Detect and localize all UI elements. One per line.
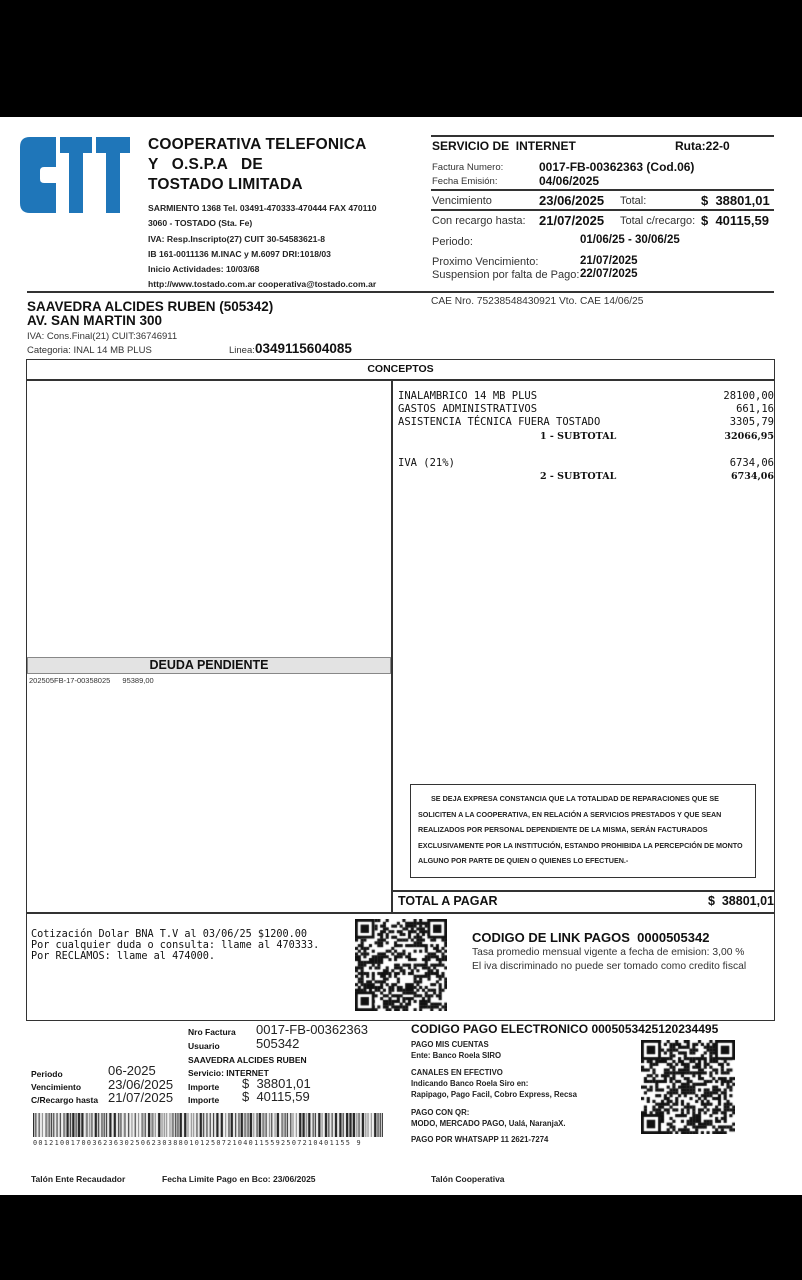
talon-periodo-label: Periodo: [31, 1069, 63, 1079]
talon-recargo-value: 21/07/2025: [108, 1090, 173, 1105]
company-info: SARMIENTO 1368 Tel. 03491-470333-470444 …: [148, 201, 377, 293]
repair-notice: SE DEJA EXPRESA CONSTANCIA QUE LA TOTALI…: [410, 784, 756, 878]
divider: [431, 189, 774, 191]
ctt-logo-icon: [20, 137, 130, 213]
info-text: Cotización Dolar BNA T.V al 03/06/25 $12…: [31, 929, 319, 962]
client-categoria: Categoria: INAL 14 MB PLUS: [27, 345, 152, 356]
emision-label: Fecha Emisión:: [432, 176, 497, 187]
suspension-label: Suspension por falta de Pago:: [432, 269, 579, 281]
talon-nombre: SAAVEDRA ALCIDES RUBEN: [188, 1055, 307, 1065]
factura-label: Factura Numero:: [432, 162, 503, 173]
concepts-title: CONCEPTOS: [26, 363, 775, 375]
divider: [431, 135, 774, 137]
recargo-date: 21/07/2025: [539, 213, 604, 228]
payment-block: PAGO POR WHATSAPP 11 2621-7274: [411, 1134, 548, 1145]
vencimiento-date: 23/06/2025: [539, 193, 604, 208]
concept-row: IVA (21%)6734,06: [398, 457, 774, 470]
vencimiento-label: Vencimiento: [432, 195, 492, 207]
ruta: Ruta:22-0: [675, 139, 730, 153]
total-amount: $ 38801,01: [701, 193, 770, 208]
talon-recargo-label: C/Recargo hasta: [31, 1095, 98, 1105]
subtotal-row: 2 - SUBTOTAL6734,06: [398, 470, 774, 483]
nro-factura-label: Nro Factura: [188, 1027, 236, 1037]
linea-number: 0349115604085: [255, 341, 352, 356]
usuario-label: Usuario: [188, 1041, 220, 1051]
codigo-pago-electronico: CODIGO PAGO ELECTRONICO 0005053425120234…: [411, 1022, 718, 1036]
barcode: [33, 1113, 383, 1137]
deuda-header: DEUDA PENDIENTE: [27, 657, 391, 674]
concept-row: GASTOS ADMINISTRATIVOS661,16: [398, 403, 774, 416]
iva-note: El iva discriminado no puede ser tomado …: [472, 961, 746, 972]
divider: [391, 890, 775, 892]
client-address: AV. SAN MARTIN 300: [27, 314, 273, 328]
subtotal-row: 1 - SUBTOTAL32066,95: [398, 430, 774, 443]
nro-factura-value: 0017-FB-00362363: [256, 1022, 368, 1037]
usuario-value: 505342: [256, 1036, 299, 1051]
talon-periodo-value: 06-2025: [108, 1063, 156, 1078]
client-iva: IVA: Cons.Final(21) CUIT:36746911: [27, 331, 177, 342]
tasa-info: Tasa promedio mensual vigente a fecha de…: [472, 947, 744, 958]
footer-fecha-limite: Fecha Limite Pago en Bco: 23/06/2025: [162, 1174, 316, 1184]
payment-block: PAGO CON QR:MODO, MERCADO PAGO, Ualá, Na…: [411, 1107, 566, 1129]
client-name: SAAVEDRA ALCIDES RUBEN (505342): [27, 300, 273, 314]
suspension-date: 22/07/2025: [580, 268, 638, 280]
concept-row: INALAMBRICO 14 MB PLUS28100,00: [398, 390, 774, 403]
factura-number: 0017-FB-00362363 (Cod.06): [539, 160, 694, 174]
service-type: SERVICIO DE INTERNET: [432, 139, 576, 153]
periodo-value: 01/06/25 - 30/06/25: [580, 234, 680, 246]
footer-talon-cooperativa: Talón Cooperativa: [431, 1174, 505, 1184]
total-label: Total:: [620, 195, 646, 207]
cae-info: CAE Nro. 75238548430921 Vto. CAE 14/06/2…: [431, 296, 643, 307]
proximo-label: Proximo Vencimiento:: [432, 256, 538, 268]
concept-row: ASISTENCIA TÉCNICA FUERA TOSTADO3305,79: [398, 416, 774, 429]
deuda-row: 202505FB-17-00358025 95389,00: [29, 676, 154, 685]
divider: [26, 379, 775, 381]
talon-vencimiento-label: Vencimiento: [31, 1082, 81, 1092]
importe-recargo-label: Importe: [188, 1095, 219, 1105]
emision-date: 04/06/2025: [539, 174, 599, 188]
total-a-pagar: TOTAL A PAGAR $ 38801,01: [398, 894, 774, 908]
invoice-page: COOPERATIVA TELEFONICA Y O.S.P.A DE TOST…: [0, 117, 802, 1195]
importe-recargo-value: $ 40115,59: [242, 1089, 310, 1104]
linea-label: Linea:: [229, 345, 255, 356]
total-recargo-amount: $ 40115,59: [701, 213, 769, 228]
divider: [27, 291, 774, 293]
link-pagos-code: CODIGO DE LINK PAGOS 0000505342: [472, 930, 709, 945]
divider: [391, 379, 393, 913]
periodo-label: Periodo:: [432, 236, 473, 248]
importe-label: Importe: [188, 1082, 219, 1092]
company-name: COOPERATIVA TELEFONICA Y O.S.P.A DE TOST…: [148, 135, 367, 195]
payment-block: CANALES EN EFECTIVOIndicando Banco Roela…: [411, 1067, 577, 1100]
footer-talon-ente: Talón Ente Recaudador: [31, 1174, 125, 1184]
divider: [431, 209, 774, 211]
qr-code: [355, 919, 447, 1011]
barcode-number: 0012100170036236302506230388010125072104…: [33, 1139, 383, 1147]
proximo-date: 21/07/2025: [580, 255, 638, 267]
qr-code-payment: [641, 1040, 735, 1134]
recargo-label: Con recargo hasta:: [432, 215, 526, 227]
client-block: SAAVEDRA ALCIDES RUBEN (505342) AV. SAN …: [27, 300, 273, 328]
total-recargo-label: Total c/recargo:: [620, 215, 695, 227]
payment-block: PAGO MIS CUENTASEnte: Banco Roela SIRO: [411, 1039, 501, 1061]
